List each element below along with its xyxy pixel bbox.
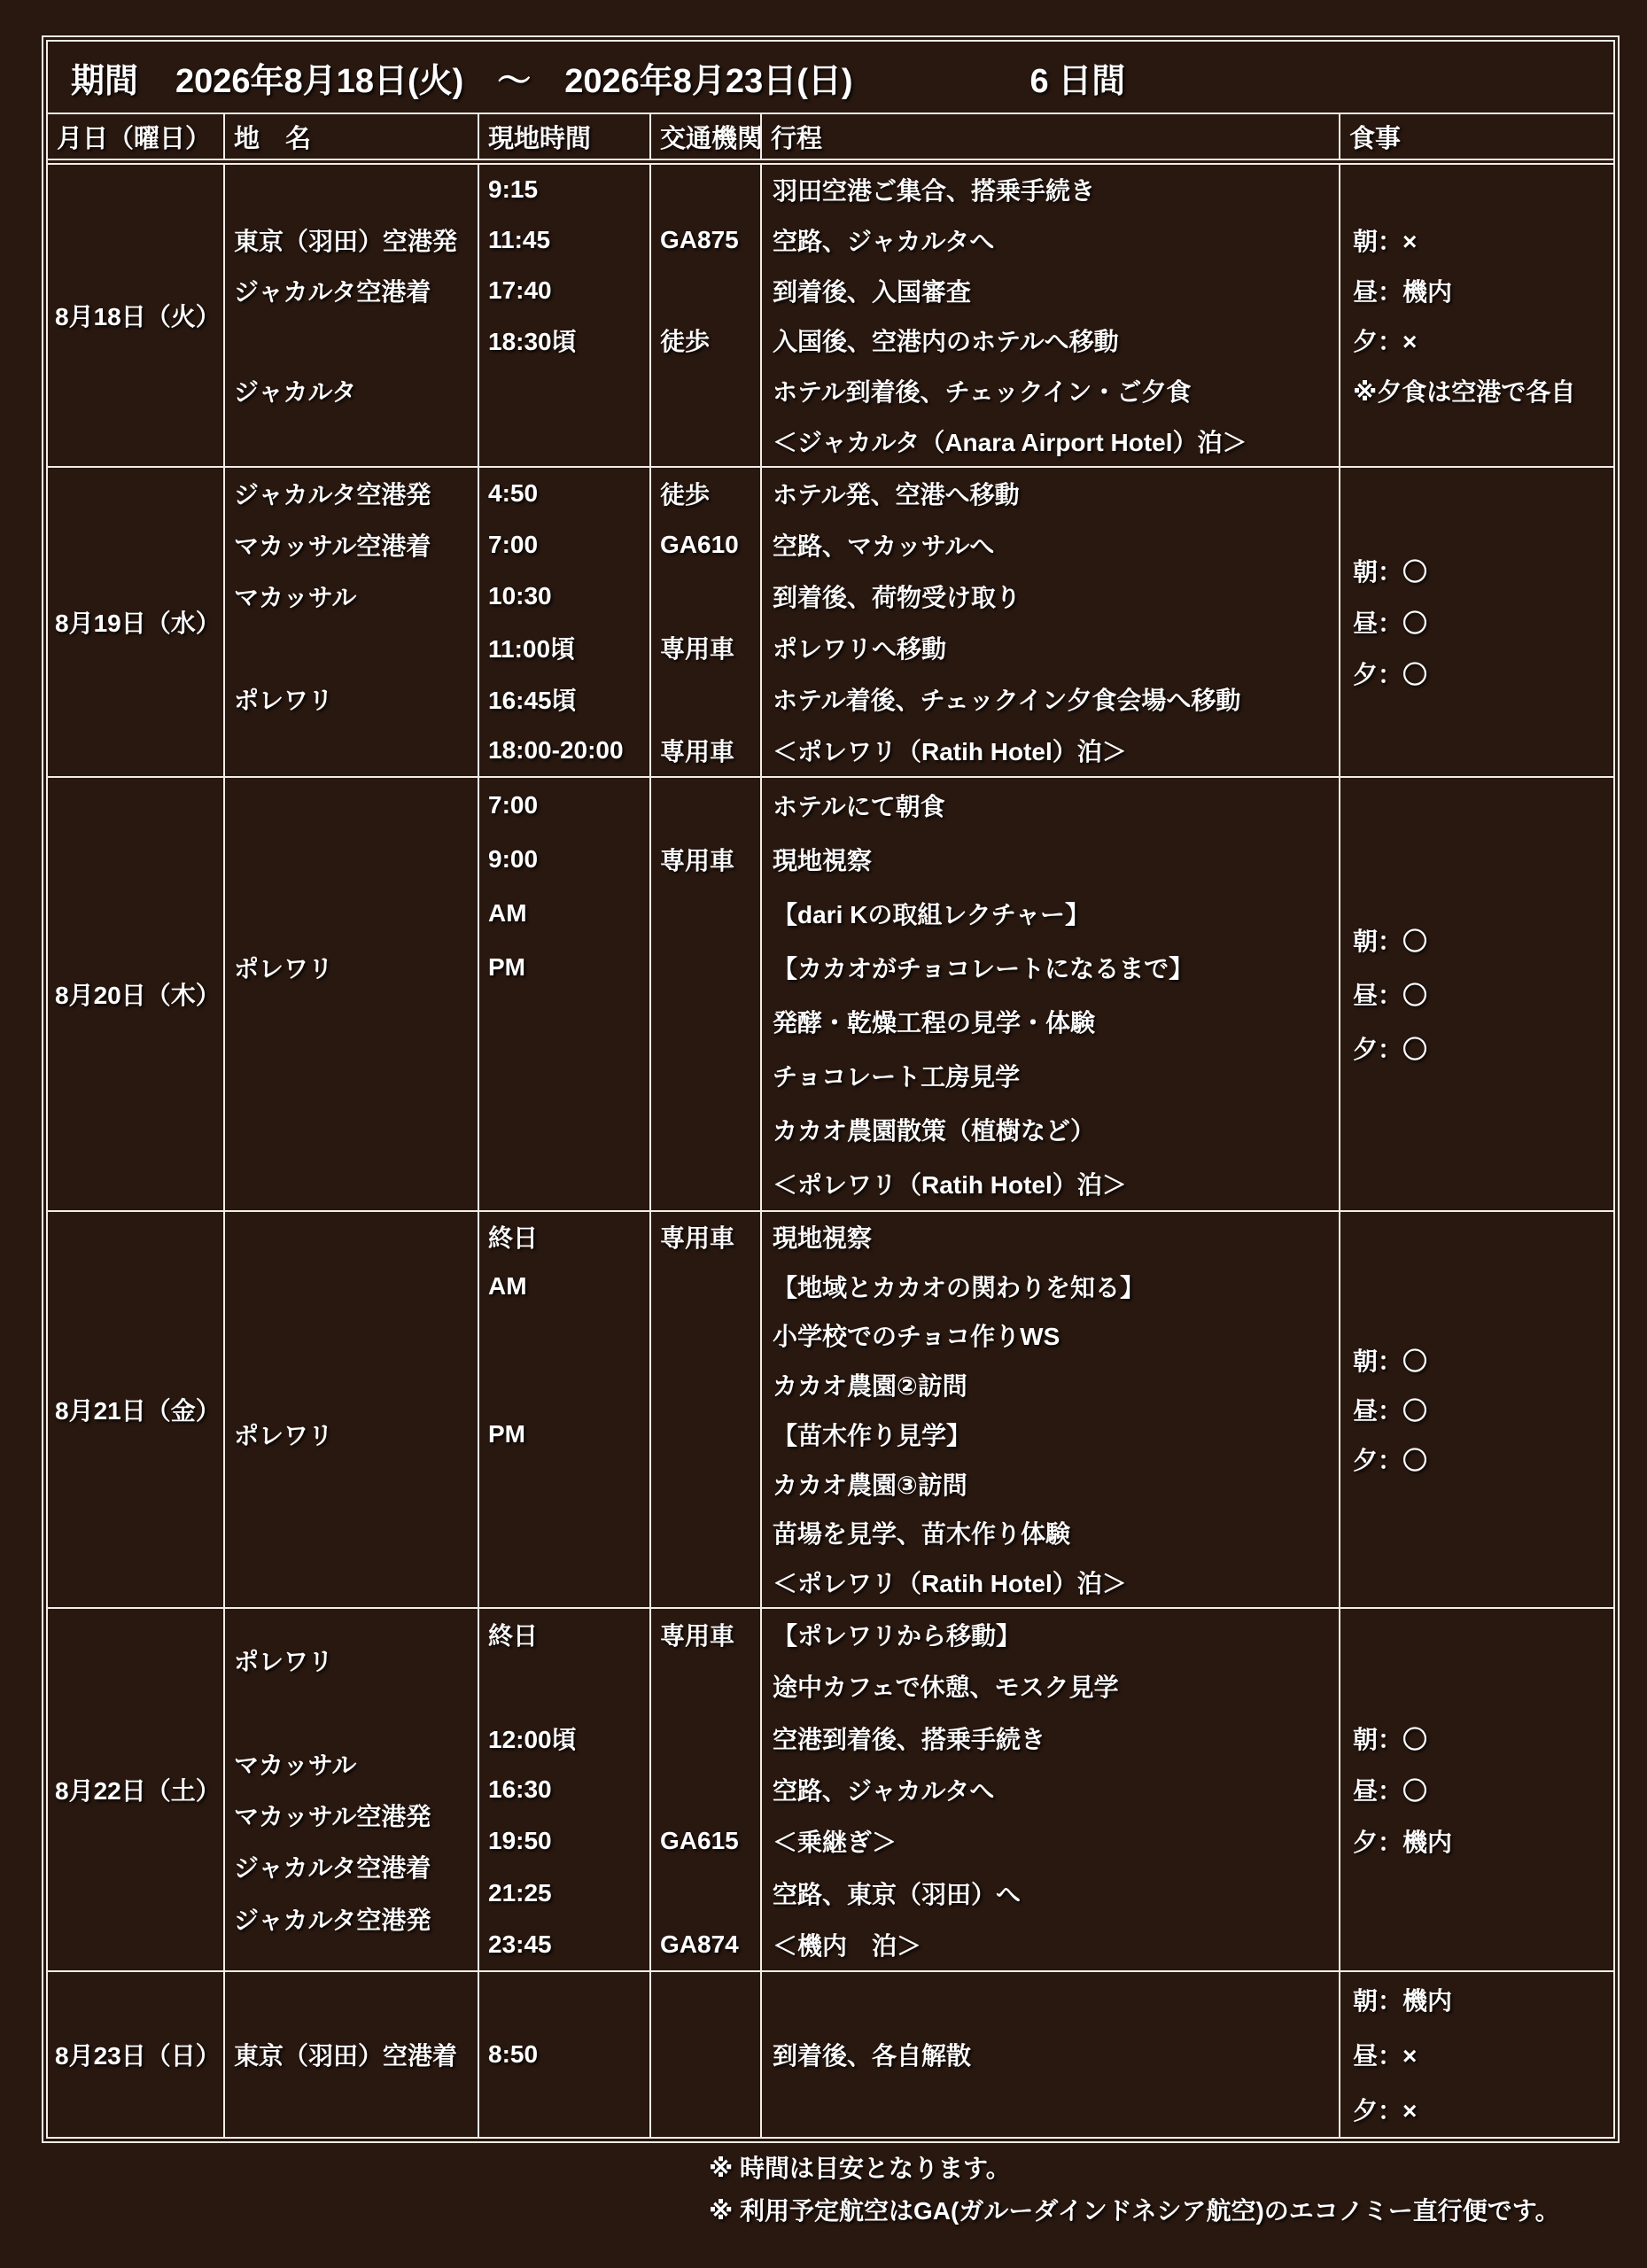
transport-line: 専用車	[651, 622, 760, 673]
itinerary-line: ホテルにて朝食	[762, 778, 1339, 832]
itinerary-line: 現地視察	[762, 1212, 1339, 1262]
meal-text: 朝：〇	[1353, 1720, 1427, 1756]
place-line-text: マカッサル空港着	[234, 527, 431, 563]
place-line	[225, 1686, 478, 1737]
transport-cell-lines: 専用車	[651, 1212, 760, 1607]
place-line	[225, 1557, 478, 1607]
itinerary-line-text: 【地域とカカオの関わりを知る】	[773, 1269, 1145, 1304]
place-line: ジャカルタ	[225, 366, 478, 416]
time-line: 18:00-20:00	[479, 725, 649, 776]
time-line	[479, 2082, 649, 2137]
time-line: AM	[479, 1262, 649, 1311]
place-line: 東京（羽田）空港着	[225, 2027, 478, 2082]
itinerary-line-text: 苗場を見学、苗木作り体験	[773, 1515, 1070, 1550]
itinerary-line-text: ホテル到着後、チェックイン・ご夕食	[773, 373, 1191, 408]
itinerary-line-text: チョコレート工房見学	[773, 1058, 1020, 1093]
itinerary-line: 空路、ジャカルタへ	[762, 215, 1339, 266]
transport-line	[651, 994, 760, 1048]
itinerary-line: ホテル到着後、チェックイン・ご夕食	[762, 366, 1339, 416]
time-line	[479, 1557, 649, 1607]
transport-line-text: GA610	[660, 531, 739, 559]
itinerary-cell-lines: ホテルにて朝食現地視察【dari Kの取組レクチャー】【カカオがチョコレートにな…	[762, 778, 1339, 1210]
time-line: 9:15	[479, 165, 649, 215]
transport-line-text: 徒歩	[660, 322, 710, 358]
transport-cell-lines: 専用車	[651, 778, 760, 1210]
itinerary-line: チョコレート工房見学	[762, 1048, 1339, 1102]
time-line	[479, 1048, 649, 1102]
itinerary-line: 【カカオがチョコレートになるまで】	[762, 940, 1339, 994]
itinerary-line: ホテル発、空港へ移動	[762, 468, 1339, 519]
place-cell: 東京（羽田）空港発ジャカルタ空港着ジャカルタ	[223, 165, 478, 466]
transport-line	[651, 1713, 760, 1764]
time-line: 8:50	[479, 2027, 649, 2082]
footnote-time: ※ 時間は目安となります。	[709, 2148, 1560, 2190]
place-line	[225, 2082, 478, 2137]
itinerary-line: 羽田空港ご集合、搭乗手続き	[762, 165, 1339, 215]
date-cell: 8月19日（水）	[48, 468, 223, 776]
transport-line-text: GA874	[660, 1930, 739, 1959]
itinerary-line-text: 【苗木作り見学】	[773, 1417, 971, 1452]
transport-line-text: GA615	[660, 1827, 739, 1855]
itinerary-line-text: 現地視察	[773, 842, 872, 877]
transport-line	[651, 165, 760, 215]
meal-line	[1340, 165, 1613, 215]
time-cell-lines: 9:1511:4517:4018:30頃	[479, 165, 649, 466]
meal-text: 昼：〇	[1353, 1772, 1427, 1807]
time-line-text: 11:00頃	[488, 630, 575, 665]
time-line: PM	[479, 1410, 649, 1459]
transport-line	[651, 1459, 760, 1509]
time-line: PM	[479, 940, 649, 994]
transport-cell-lines: 徒歩GA610専用車専用車	[651, 468, 760, 776]
itinerary-line-text: 到着後、入国審査	[773, 273, 971, 308]
itinerary-line: ホテル着後、チェックイン夕食会場へ移動	[762, 673, 1339, 725]
transport-line	[651, 1311, 760, 1361]
place-line	[225, 1945, 478, 1970]
day-row: 8月18日（火）東京（羽田）空港発ジャカルタ空港着ジャカルタ9:1511:451…	[48, 165, 1613, 466]
itinerary-line-text: 空路、ジャカルタへ	[773, 1772, 994, 1807]
itinerary-line-text: 羽田空港ご集合、搭乗手続き	[773, 172, 1095, 207]
transport-line	[651, 1764, 760, 1815]
time-line	[479, 1360, 649, 1410]
place-line-text: ポレワリ	[234, 1643, 333, 1678]
transport-line	[651, 1867, 760, 1918]
place-line: ジャカルタ空港着	[225, 1841, 478, 1892]
transport-line-text: GA875	[660, 226, 739, 254]
transport-line: GA875	[651, 215, 760, 266]
time-line: 11:45	[479, 215, 649, 266]
itinerary-line: 苗場を見学、苗木作り体験	[762, 1509, 1339, 1558]
meal-line: 夕：×	[1340, 2082, 1613, 2137]
itinerary-line-text: ＜機内 泊＞	[773, 1927, 921, 1962]
place-cell: ポレワリマカッサルマカッサル空港発ジャカルタ空港着ジャカルタ空港発	[223, 1609, 478, 1970]
place-line	[225, 1156, 478, 1210]
time-line: AM	[479, 886, 649, 940]
column-header-meals: 食事	[1339, 114, 1613, 159]
time-line	[479, 994, 649, 1048]
meal-text: 夕：〇	[1353, 1030, 1427, 1066]
footnotes: ※ 時間は目安となります。 ※ 利用予定航空はGA(ガルーダインドネシア航空)の…	[709, 2148, 1560, 2233]
date-cell: 8月18日（火）	[48, 165, 223, 466]
transport-line	[651, 1972, 760, 2027]
place-cell-lines: 東京（羽田）空港着	[225, 1972, 478, 2137]
time-line: 17:40	[479, 265, 649, 315]
time-line: 12:00頃	[479, 1713, 649, 1764]
meal-text: 夕：〇	[1353, 1441, 1427, 1477]
itinerary-line-text: 発酵・乾燥工程の見学・体験	[773, 1004, 1095, 1039]
itinerary-line-text: ＜ポレワリ（Ratih Hotel）泊＞	[773, 733, 1127, 768]
place-cell-lines: 東京（羽田）空港発ジャカルタ空港着ジャカルタ	[225, 165, 478, 466]
time-cell-lines: 4:507:0010:3011:00頃16:45頃18:00-20:00	[479, 468, 649, 776]
itinerary-line: ＜ポレワリ（Ratih Hotel）泊＞	[762, 725, 1339, 776]
transport-line	[651, 366, 760, 416]
itinerary-cell: 【ポレワリから移動】途中カフェで休憩、モスク見学空港到着後、搭乗手続き空路、ジャ…	[760, 1609, 1339, 1970]
time-line-text: 19:50	[488, 1827, 552, 1855]
itinerary-line: 【苗木作り見学】	[762, 1410, 1339, 1459]
date-label: 8月23日（日）	[55, 2037, 221, 2072]
time-cell: 4:507:0010:3011:00頃16:45頃18:00-20:00	[478, 468, 649, 776]
meal-text: 朝：〇	[1353, 1342, 1427, 1378]
place-line-text: 東京（羽田）空港着	[234, 2037, 457, 2072]
meal-text: 昼：〇	[1353, 1392, 1427, 1427]
transport-line	[651, 1557, 760, 1607]
time-line: 終日	[479, 1212, 649, 1262]
place-cell-lines: ポレワリ	[225, 1212, 478, 1607]
time-cell-lines: 8:50	[479, 1972, 649, 2137]
time-line: 16:45頃	[479, 673, 649, 725]
itinerary-line: 発酵・乾燥工程の見学・体験	[762, 994, 1339, 1048]
period-label: 期間	[71, 53, 138, 102]
itinerary-line: ＜機内 泊＞	[762, 1919, 1339, 1970]
place-line: ジャカルタ空港着	[225, 265, 478, 315]
time-line-text: PM	[488, 953, 525, 982]
place-line	[225, 886, 478, 940]
meals-lines: 朝：〇昼：〇夕：〇	[1340, 468, 1613, 776]
meal-line-text: 朝：×	[1353, 222, 1417, 258]
time-line: 19:50	[479, 1815, 649, 1867]
itinerary-line: 【地域とカカオの関わりを知る】	[762, 1262, 1339, 1311]
itinerary-line-text: 到着後、荷物受け取り	[773, 579, 1021, 614]
itinerary-line-text: 空路、マカッサルへ	[773, 527, 994, 563]
place-line: ジャカルタ空港発	[225, 468, 478, 519]
place-line	[225, 1459, 478, 1509]
place-line	[225, 1972, 478, 2027]
meals-cell: 朝：〇昼：〇夕：〇	[1339, 468, 1613, 776]
meal-line: 昼：〇	[1353, 596, 1613, 648]
transport-line	[651, 1660, 760, 1712]
column-header-place: 地 名	[223, 114, 478, 159]
time-line-text: 21:25	[488, 1879, 552, 1907]
transport-line	[651, 416, 760, 466]
itinerary-line: 【ポレワリから移動】	[762, 1609, 1339, 1660]
meal-text: 朝：〇	[1353, 553, 1427, 588]
time-line	[479, 1156, 649, 1210]
itinerary-cell: 現地視察【地域とカカオの関わりを知る】小学校でのチョコ作りWSカカオ農園②訪問【…	[760, 1212, 1339, 1607]
meals-lines: 朝：〇昼：〇夕：〇	[1340, 778, 1613, 1210]
itinerary-line: カカオ農園③訪問	[762, 1459, 1339, 1509]
itinerary-line: 到着後、荷物受け取り	[762, 571, 1339, 622]
time-line-text: 7:00	[488, 531, 538, 559]
transport-line: 専用車	[651, 832, 760, 886]
itinerary-line: 空路、東京（羽田）へ	[762, 1867, 1339, 1918]
transport-line	[651, 886, 760, 940]
time-line: 23:45	[479, 1919, 649, 1970]
transport-line: 徒歩	[651, 315, 760, 366]
time-line: 7:00	[479, 519, 649, 571]
itinerary-line: 空路、マカッサルへ	[762, 519, 1339, 571]
itinerary-line: ＜ジャカルタ（Anara Airport Hotel）泊＞	[762, 416, 1339, 466]
time-line-text: 4:50	[488, 479, 538, 508]
place-cell-lines: ポレワリ	[225, 778, 478, 1210]
transport-line-text: 専用車	[660, 1219, 734, 1254]
itinerary-line: 到着後、入国審査	[762, 265, 1339, 315]
table-body: 8月18日（火）東京（羽田）空港発ジャカルタ空港着ジャカルタ9:1511:451…	[48, 165, 1613, 2137]
time-line	[479, 366, 649, 416]
transport-line	[651, 2082, 760, 2137]
itinerary-line-text: ホテル着後、チェックイン夕食会場へ移動	[773, 681, 1240, 717]
itinerary-line: カカオ農園②訪問	[762, 1360, 1339, 1410]
transport-line-text: 専用車	[660, 630, 734, 665]
meal-line	[1340, 416, 1613, 466]
itinerary-line-text: ＜ポレワリ（Ratih Hotel）泊＞	[773, 1565, 1127, 1600]
place-line-text: マカッサル	[234, 1746, 356, 1782]
time-line-text: 終日	[488, 1617, 538, 1652]
meal-line-text: ※夕食は空港で各自	[1353, 373, 1575, 408]
time-line-text: 16:45頃	[488, 681, 577, 717]
time-cell: 終日12:00頃16:3019:5021:2523:45	[478, 1609, 649, 1970]
time-line-text: 23:45	[488, 1930, 552, 1959]
transport-line	[651, 1410, 760, 1459]
transport-cell-lines: 専用車GA615GA874	[651, 1609, 760, 1970]
time-line: 終日	[479, 1609, 649, 1660]
place-line-text: ポレワリ	[234, 950, 333, 985]
time-line: 9:00	[479, 832, 649, 886]
date-cell: 8月23日（日）	[48, 1972, 223, 2137]
place-line: マカッサル空港着	[225, 519, 478, 571]
itinerary-line-text: 入国後、空港内のホテルへ移動	[773, 322, 1119, 358]
transport-line: 専用車	[651, 725, 760, 776]
itinerary-line	[762, 2082, 1339, 2137]
meal-line: 夕：×	[1340, 315, 1613, 366]
column-header-local-time: 現地時間	[478, 114, 649, 159]
transport-line	[651, 2027, 760, 2082]
transport-line	[651, 1048, 760, 1102]
itinerary-line: 到着後、各自解散	[762, 2027, 1339, 2082]
place-cell: ポレワリ	[223, 1212, 478, 1607]
transport-line	[651, 1102, 760, 1156]
place-line: ポレワリ	[225, 1635, 478, 1686]
itinerary-line: 小学校でのチョコ作りWS	[762, 1311, 1339, 1361]
place-line	[225, 165, 478, 215]
place-line-text: ジャカルタ	[234, 373, 356, 408]
meals-cell: 朝：機内昼：×夕：×	[1339, 1972, 1613, 2137]
transport-cell-lines: GA875徒歩	[651, 165, 760, 466]
time-line: 11:00頃	[479, 622, 649, 673]
itinerary-line: 空港到着後、搭乗手続き	[762, 1713, 1339, 1764]
transport-line	[651, 778, 760, 832]
day-row: 8月20日（木）ポレワリ7:009:00AMPM専用車ホテルにて朝食現地視察【d…	[48, 776, 1613, 1210]
time-line-text: AM	[488, 1272, 527, 1301]
place-line	[225, 1509, 478, 1558]
transport-line: GA610	[651, 519, 760, 571]
day-row: 8月22日（土）ポレワリマカッサルマカッサル空港発ジャカルタ空港着ジャカルタ空港…	[48, 1607, 1613, 1970]
place-line	[225, 1360, 478, 1410]
meals-cell: 朝：〇昼：〇夕：〇	[1339, 1212, 1613, 1607]
time-cell-lines: 7:009:00AMPM	[479, 778, 649, 1210]
meal-line: ※夕食は空港で各自	[1340, 366, 1613, 416]
transport-line-text: 徒歩	[660, 476, 710, 511]
itinerary-line-text: 空港到着後、搭乗手続き	[773, 1720, 1045, 1756]
time-line-text: 16:30	[488, 1775, 552, 1804]
time-line: 10:30	[479, 571, 649, 622]
place-line-text: マカッサル	[234, 579, 356, 614]
time-line	[479, 1660, 649, 1712]
meal-line: 朝：〇	[1353, 545, 1613, 596]
place-line	[225, 725, 478, 776]
meal-line: 夕：機内	[1353, 1815, 1613, 1867]
transport-line: 徒歩	[651, 468, 760, 519]
place-line	[225, 1262, 478, 1311]
time-cell: 9:1511:4517:4018:30頃	[478, 165, 649, 466]
itinerary-line-text: 到着後、各自解散	[773, 2037, 971, 2072]
place-line: ポレワリ	[225, 673, 478, 725]
time-line-text: 18:00-20:00	[488, 736, 624, 765]
transport-line	[651, 265, 760, 315]
time-line: 18:30頃	[479, 315, 649, 366]
meal-line: 朝：×	[1340, 215, 1613, 266]
place-line	[225, 1102, 478, 1156]
time-line-text: 10:30	[488, 582, 552, 610]
table-header-row: 月日（曜日） 地 名 現地時間 交通機関 行程 食事	[48, 114, 1613, 165]
transport-cell: 専用車	[649, 778, 760, 1210]
place-line	[225, 1212, 478, 1262]
time-line-text: 7:00	[488, 791, 538, 819]
time-line: 16:30	[479, 1764, 649, 1815]
place-line: マカッサル	[225, 1738, 478, 1790]
place-line	[225, 622, 478, 673]
meal-text: 昼：〇	[1353, 976, 1427, 1012]
itinerary-cell: 到着後、各自解散	[760, 1972, 1339, 2137]
date-cell: 8月22日（土）	[48, 1609, 223, 1970]
time-line-text: 17:40	[488, 276, 552, 305]
place-line-text: ジャカルタ空港着	[234, 1849, 431, 1884]
time-line-text: 18:30頃	[488, 322, 577, 358]
meal-text: 夕：機内	[1353, 1823, 1452, 1859]
place-cell-lines: ジャカルタ空港発マカッサル空港着マカッサルポレワリ	[225, 468, 478, 776]
itinerary-line-text: 空路、ジャカルタへ	[773, 222, 994, 258]
meal-text: 朝：〇	[1353, 922, 1427, 958]
itinerary-line-text: 途中カフェで休憩、モスク見学	[773, 1668, 1119, 1704]
meal-line: 朝：〇	[1353, 913, 1613, 967]
time-line	[479, 1311, 649, 1361]
time-cell: 8:50	[478, 1972, 649, 2137]
itinerary-line: ポレワリへ移動	[762, 622, 1339, 673]
itinerary-line	[762, 1972, 1339, 2027]
itinerary-cell-lines: 到着後、各自解散	[762, 1972, 1339, 2137]
time-cell: 終日AMPM	[478, 1212, 649, 1607]
itinerary-line-text: 小学校でのチョコ作りWS	[773, 1317, 1060, 1353]
itinerary-line-text: ポレワリへ移動	[773, 630, 946, 665]
itinerary-line: ＜ポレワリ（Ratih Hotel）泊＞	[762, 1557, 1339, 1607]
place-cell: ポレワリ	[223, 778, 478, 1210]
time-line	[479, 1102, 649, 1156]
place-line	[225, 778, 478, 832]
date-cell: 8月20日（木）	[48, 778, 223, 1210]
place-line	[225, 315, 478, 366]
itinerary-line: 空路、ジャカルタへ	[762, 1764, 1339, 1815]
place-line-text: ポレワリ	[234, 681, 333, 717]
meal-line: 朝：機内	[1340, 1972, 1613, 2027]
meal-text: 昼：〇	[1353, 604, 1427, 640]
time-line-text: 8:50	[488, 2040, 538, 2069]
place-line-text: 東京（羽田）空港発	[234, 222, 457, 258]
transport-line	[651, 1509, 760, 1558]
meals-cell-lines: 朝：機内昼：×夕：×	[1340, 1972, 1613, 2137]
place-line-text: ジャカルタ空港着	[234, 273, 431, 308]
place-cell: ジャカルタ空港発マカッサル空港着マカッサルポレワリ	[223, 468, 478, 776]
transport-cell	[649, 1972, 760, 2137]
itinerary-cell-lines: 羽田空港ご集合、搭乗手続き空路、ジャカルタへ到着後、入国審査入国後、空港内のホテ…	[762, 165, 1339, 466]
itinerary-line-text: 空路、東京（羽田）へ	[773, 1876, 1021, 1911]
itinerary-line: 【dari Kの取組レクチャー】	[762, 886, 1339, 940]
itinerary-line: 現地視察	[762, 832, 1339, 886]
trip-duration: 6 日間	[1030, 53, 1126, 102]
date-label: 8月21日（金）	[55, 1392, 221, 1427]
day-row: 8月23日（日）東京（羽田）空港着8:50到着後、各自解散朝：機内昼：×夕：×	[48, 1970, 1613, 2137]
meal-line-text: 夕：×	[1353, 2092, 1417, 2127]
time-line: 7:00	[479, 778, 649, 832]
date-label: 8月19日（水）	[55, 604, 221, 640]
transport-line	[651, 673, 760, 725]
meal-text: 夕：〇	[1353, 656, 1427, 691]
time-cell-lines: 終日12:00頃16:3019:5021:2523:45	[479, 1609, 649, 1970]
itinerary-line-text: ホテル発、空港へ移動	[773, 476, 1020, 511]
time-line	[479, 416, 649, 466]
itinerary-line: 入国後、空港内のホテルへ移動	[762, 315, 1339, 366]
transport-cell: 専用車GA615GA874	[649, 1609, 760, 1970]
time-line-text: 9:15	[488, 175, 538, 204]
place-line	[225, 416, 478, 466]
place-line	[225, 994, 478, 1048]
place-line	[225, 1048, 478, 1102]
time-cell: 7:009:00AMPM	[478, 778, 649, 1210]
itinerary-line-text: ＜ジャカルタ（Anara Airport Hotel）泊＞	[773, 423, 1247, 459]
date-label: 8月22日（土）	[55, 1772, 221, 1807]
transport-line: GA615	[651, 1815, 760, 1867]
transport-line	[651, 940, 760, 994]
period-row: 期間 2026年8月18日(火) ～ 2026年8月23日(日) 6 日間	[48, 42, 1613, 114]
meal-line: 昼：〇	[1353, 967, 1613, 1021]
transport-line: 専用車	[651, 1212, 760, 1262]
time-line	[479, 1972, 649, 2027]
time-line	[479, 1509, 649, 1558]
itinerary-line: 途中カフェで休憩、モスク見学	[762, 1660, 1339, 1712]
meal-line-text: 夕：×	[1353, 322, 1417, 358]
column-header-date: 月日（曜日）	[48, 114, 223, 159]
schedule-table: 期間 2026年8月18日(火) ～ 2026年8月23日(日) 6 日間 月日…	[42, 35, 1620, 2143]
itinerary-line-text: ＜乗継ぎ＞	[773, 1823, 897, 1859]
meals-lines: 朝：〇昼：〇夕：機内	[1340, 1609, 1613, 1970]
column-header-itinerary: 行程	[760, 114, 1339, 159]
place-line-text: ジャカルタ空港発	[234, 476, 431, 511]
transport-cell: GA875徒歩	[649, 165, 760, 466]
time-line: 4:50	[479, 468, 649, 519]
itinerary-cell-lines: 現地視察【地域とカカオの関わりを知る】小学校でのチョコ作りWSカカオ農園②訪問【…	[762, 1212, 1339, 1607]
itinerary-page: 期間 2026年8月18日(火) ～ 2026年8月23日(日) 6 日間 月日…	[0, 0, 1647, 2268]
place-line: 東京（羽田）空港発	[225, 215, 478, 266]
itinerary-cell-lines: ホテル発、空港へ移動空路、マカッサルへ到着後、荷物受け取りポレワリへ移動ホテル着…	[762, 468, 1339, 776]
transport-line: 専用車	[651, 1609, 760, 1660]
